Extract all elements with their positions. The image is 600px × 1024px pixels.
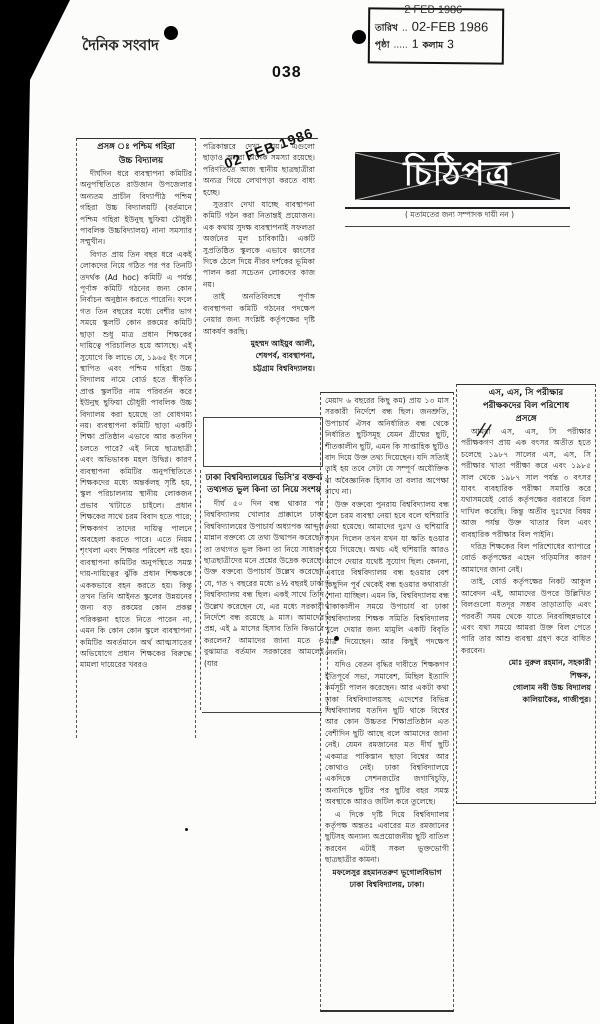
page-number: 038 xyxy=(272,64,302,82)
letter-1-paragraph: সুতরাং দেখা যাচ্ছে ব্যবস্থাপনা কমিটি গঠন… xyxy=(203,199,315,290)
letter-2-paragraph: উক্ত বক্তব্যে পুনরায় বিশ্ববিদ্যালয় বন্… xyxy=(325,499,449,659)
letter-3-column: এস, এস, সি পরীক্ষার পরীক্ষকদের বিল পরিশো… xyxy=(456,384,596,804)
letter-1-signature: শেষপর্ব, ব্যবস্থাপনা, xyxy=(203,350,315,361)
scan-speck xyxy=(334,636,339,641)
letter-2-heading: ঢাকা বিশ্ববিদ্যালয়ের ভিসি'র বক্তব্য তথ্… xyxy=(204,472,324,496)
stamp-page-label: পৃষ্ঠা xyxy=(375,37,390,52)
stamp-column-value: 3 xyxy=(447,37,454,51)
letter-3-paragraph: দরিদ্র শিক্ষকের বিল পরিশোধের ব্যাপারে বো… xyxy=(461,541,591,575)
letter-1-paragraph: বিগত প্রায় তিন বছর ধরে একই লোকদের নিয়ে… xyxy=(80,249,192,671)
stamp-struck-date: 2 FEB 1986 xyxy=(404,4,462,17)
archive-stamp: 2 FEB 1986 তারিখ .. 02-FEB 1986 পৃষ্ঠা .… xyxy=(368,7,504,64)
punch-hole xyxy=(352,30,366,44)
divider xyxy=(202,712,322,714)
letter-2-column-2: মেয়াদ ৬ বছরের কিছু কম) প্রায় ১৩ মাস সর… xyxy=(320,392,454,1012)
scan-speck xyxy=(185,828,188,831)
letter-2-column-1: ঢাকা বিশ্ববিদ্যালয়ের ভিসি'র বক্তব্য তথ্… xyxy=(200,470,328,710)
letter-3-signature: মোঃ নুরুল রহমান, সহকারী xyxy=(461,657,591,668)
letter-1-paragraph: পত্রিকান্তরে দেখা যায়। এগুলো ছাড়াও আরো… xyxy=(203,141,315,198)
stamp-date-label: তারিখ xyxy=(375,20,398,35)
letter-1-heading-line1: প্রসঙ্গ ঃ পশ্চিম গহিরা xyxy=(80,141,192,153)
letter-2-paragraph: এ দিকে দৃষ্টি দিয়ে বিশ্ববিদ্যালয় কর্তৃ… xyxy=(325,809,449,866)
letter-2-signature: মফলেসুর রহমানতরুণ ভূগোলবিভাগ xyxy=(325,867,449,878)
blank-clipping-box xyxy=(203,417,323,467)
letter-3-signature: শিক্ষক, xyxy=(461,670,591,681)
letter-1-column-1: প্রসঙ্গ ঃ পশ্চিম গহিরা উচ্চ বিদ্যালয় দী… xyxy=(76,138,196,738)
stamp-column-label: কলাম xyxy=(422,38,443,53)
editor-disclaimer: ( মতামতের জন্য সম্পাদক দায়ী নন ) xyxy=(405,210,514,222)
punch-hole xyxy=(164,26,178,40)
divider xyxy=(345,226,570,227)
stamp-page-value: 1 xyxy=(412,37,419,51)
letters-section-banner: চিঠিপত্র xyxy=(355,152,560,200)
letter-3-signature: কালিয়াকৈর, গাজীপুর। xyxy=(461,694,591,705)
letter-2-paragraph: দীর্ঘ ৫০ দিন বন্ধ থাকার পর বিশ্ববিদ্যালয… xyxy=(204,498,324,669)
letter-3-signature: গোলাম নবী উচ্চ বিদ্যালয় xyxy=(461,682,591,693)
letter-1-signature: চট্টগ্রাম বিশ্ববিদ্যালয়। xyxy=(203,363,315,374)
letter-3-heading-line2: পরীক্ষকদের বিল পরিশোধ xyxy=(461,400,591,412)
newspaper-masthead: দৈনিক সংবাদ xyxy=(82,34,158,59)
letter-3-paragraph: তাই, বোর্ড কর্তৃপক্ষের নিকট আকুল আবেদন এ… xyxy=(461,576,591,656)
divider xyxy=(345,207,570,209)
letter-1-paragraph: দীর্ঘদিন ধরে ব্যবস্থাপনা কমিটির অনুপস্থি… xyxy=(80,168,192,248)
letter-1-heading-line2: উচ্চ বিদ্যালয় xyxy=(80,155,192,167)
banner-title: চিঠিপত্র xyxy=(403,152,511,200)
letter-3-paragraph: আমরা এস, এস, সি পরীক্ষার পরীক্ষকগণ প্রায… xyxy=(461,426,591,540)
letter-3-heading-line1: এস, এস, সি পরীক্ষার xyxy=(461,387,591,399)
letter-2-signature: ঢাকা বিশ্ববিদ্যালয়, ঢাকা। xyxy=(325,879,449,890)
letter-1-paragraph: তাই অনতিবিলম্বে পূর্ণাঙ্গ ব্যবস্থাপনা কম… xyxy=(203,291,315,337)
letter-1-column-2: পত্রিকান্তরে দেখা যায়। এগুলো ছাড়াও আরো… xyxy=(200,138,318,388)
stamp-date-value: 02-FEB 1986 xyxy=(412,19,489,35)
letter-2-paragraph: মেয়াদ ৬ বছরের কিছু কম) প্রায় ১৩ মাস সর… xyxy=(325,395,449,498)
letter-2-paragraph: যদিও বেতন বৃদ্ধির দাবীতে শিক্ষকগণ ইতিপূর… xyxy=(325,659,449,807)
letter-1-signature: মুহম্মদ আইয়ুব আলী, xyxy=(203,338,315,349)
